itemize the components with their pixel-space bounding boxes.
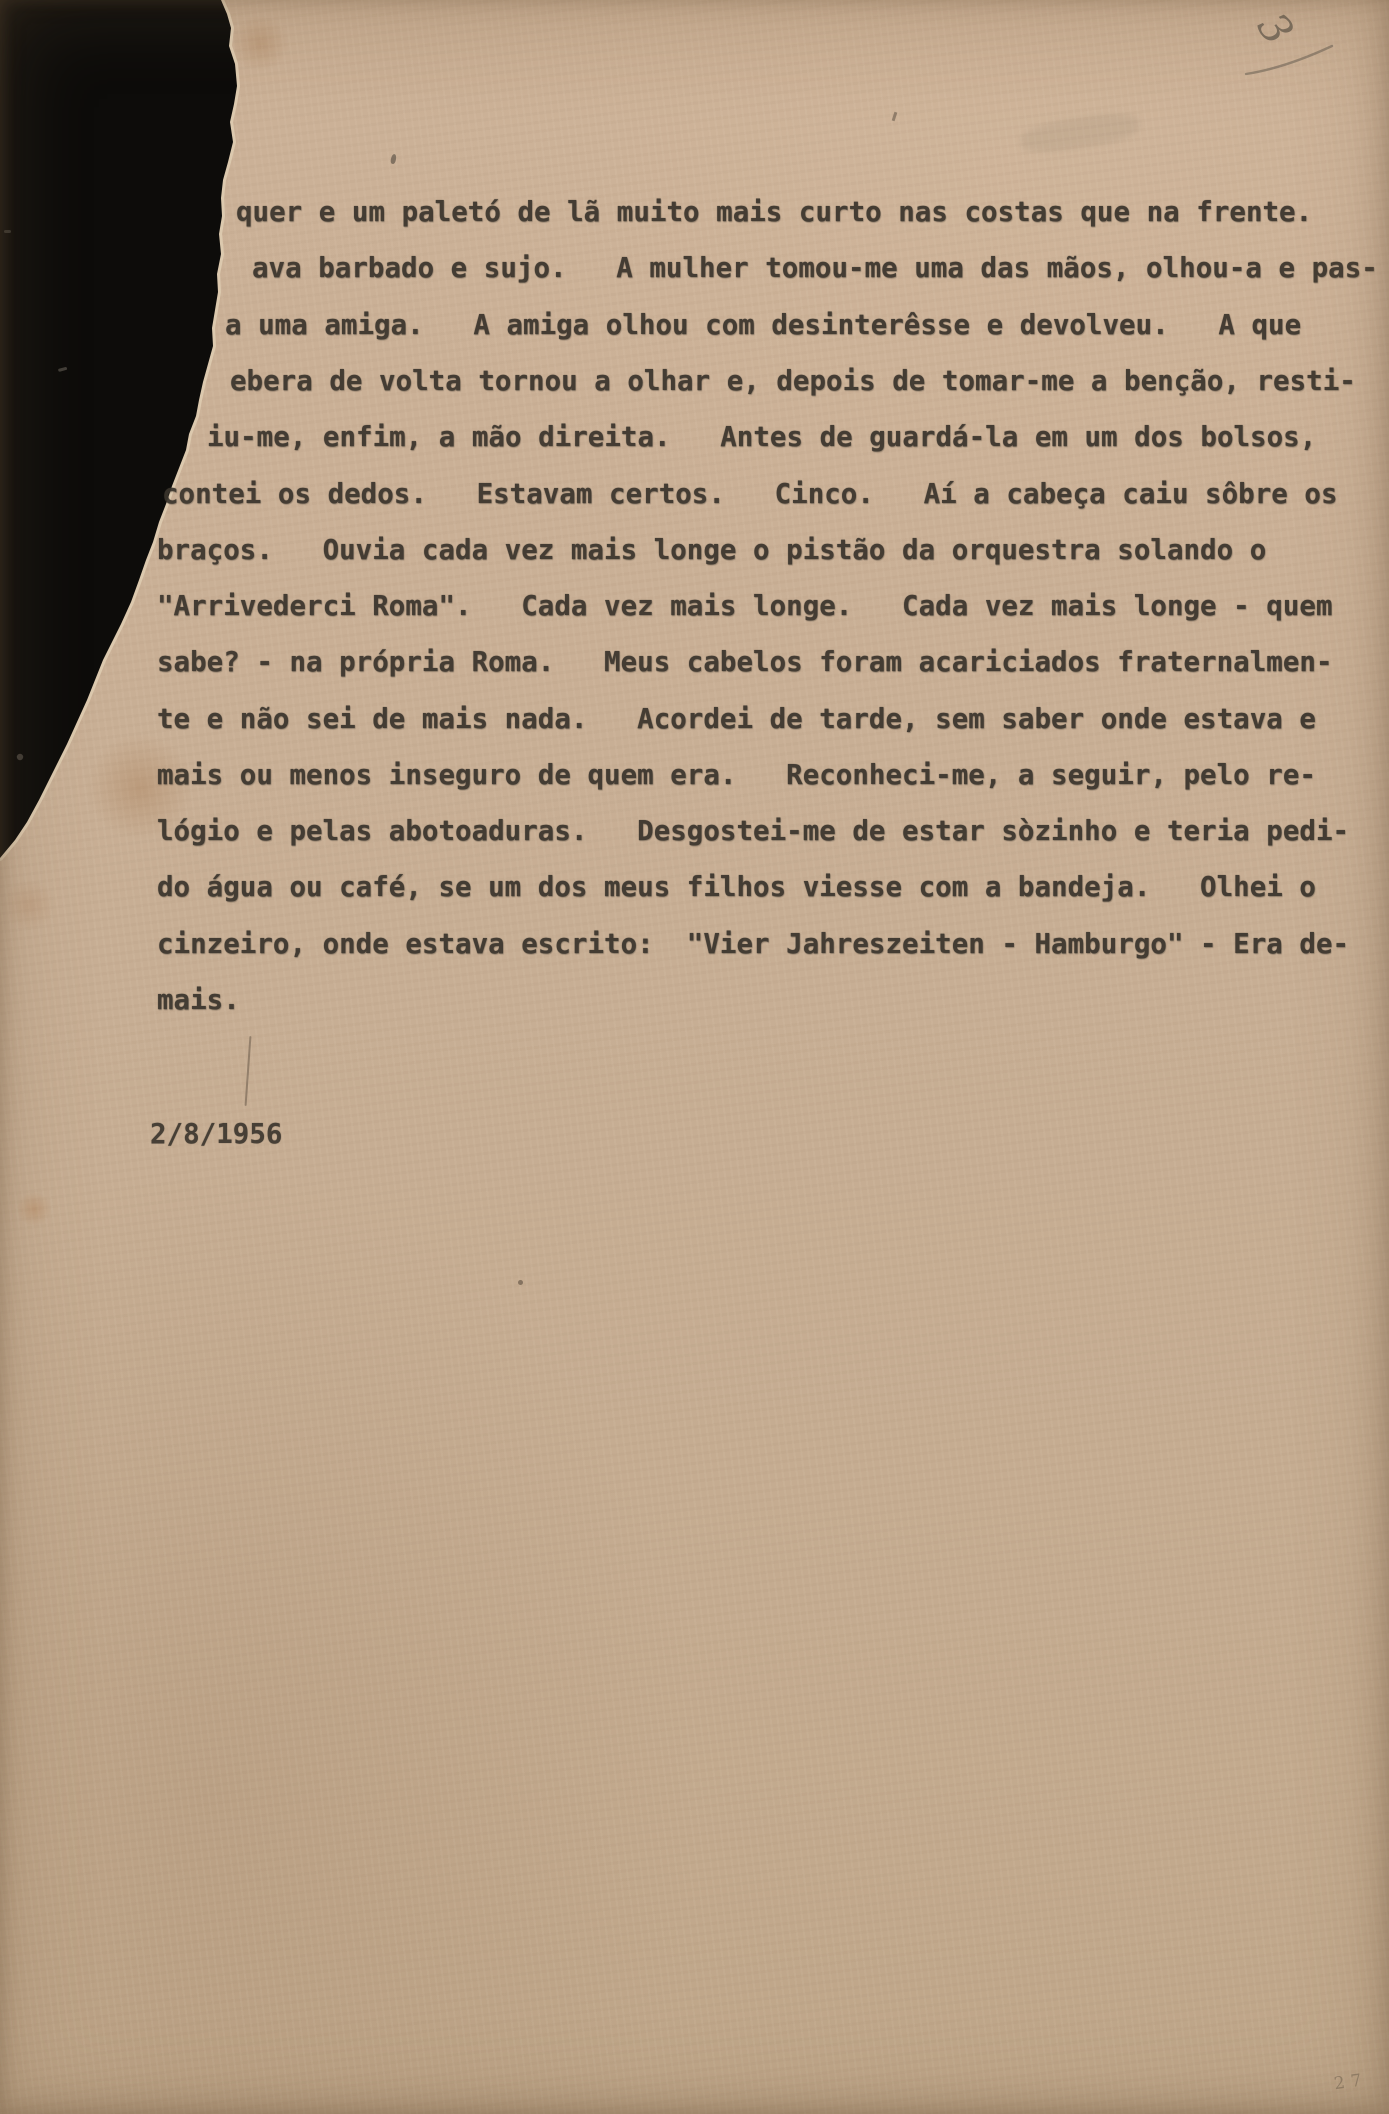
typewritten-line: iu-me, enfim, a mão direita. Antes de gu… bbox=[207, 420, 1316, 454]
typewritten-line: te e não sei de mais nada. Acordei de ta… bbox=[157, 702, 1316, 736]
stain bbox=[230, 16, 290, 71]
date-line: 2/8/1956 bbox=[150, 1118, 282, 1150]
document-page: 3 quer e um paletó de lã muito mais curt… bbox=[0, 0, 1389, 2114]
stain bbox=[16, 1192, 52, 1226]
typewritten-line: mais ou menos inseguro de quem era. Reco… bbox=[157, 758, 1316, 792]
smudge bbox=[1018, 109, 1141, 157]
typewritten-line: a uma amiga. A amiga olhou com desinterê… bbox=[225, 308, 1301, 342]
typewritten-line: cinzeiro, onde estava escrito: "Vier Jah… bbox=[157, 927, 1349, 961]
ink-speck bbox=[892, 112, 898, 121]
typewritten-line: mais. bbox=[157, 983, 240, 1017]
typewritten-line: do água ou café, se um dos meus filhos v… bbox=[157, 870, 1316, 904]
typewritten-line: ava barbado e sujo. A mulher tomou-me um… bbox=[252, 251, 1378, 285]
handwritten-page-number: 3 bbox=[1248, 3, 1303, 53]
typewritten-line: lógio e pelas abotoaduras. Desgostei-me … bbox=[157, 814, 1349, 848]
typewritten-line: ebera de volta tornou a olhar e, depois … bbox=[230, 364, 1356, 398]
typewritten-line: quer e um paletó de lã muito mais curto … bbox=[236, 195, 1312, 229]
pencil-corner-marks: 27 bbox=[1333, 2070, 1369, 2094]
dark-fleck bbox=[518, 1280, 523, 1285]
page-number-underline bbox=[1230, 30, 1350, 90]
typewritten-line: braços. Ouvia cada vez mais longe o pist… bbox=[157, 533, 1266, 567]
typewritten-line: "Arrivederci Roma". Cada vez mais longe.… bbox=[157, 589, 1333, 623]
typewritten-line: contei os dedos. Estavam certos. Cinco. … bbox=[162, 477, 1338, 511]
fiber-hair bbox=[245, 1036, 251, 1106]
ink-speck bbox=[390, 154, 397, 165]
typewritten-line: sabe? - na própria Roma. Meus cabelos fo… bbox=[157, 645, 1333, 679]
stain bbox=[2, 880, 57, 930]
